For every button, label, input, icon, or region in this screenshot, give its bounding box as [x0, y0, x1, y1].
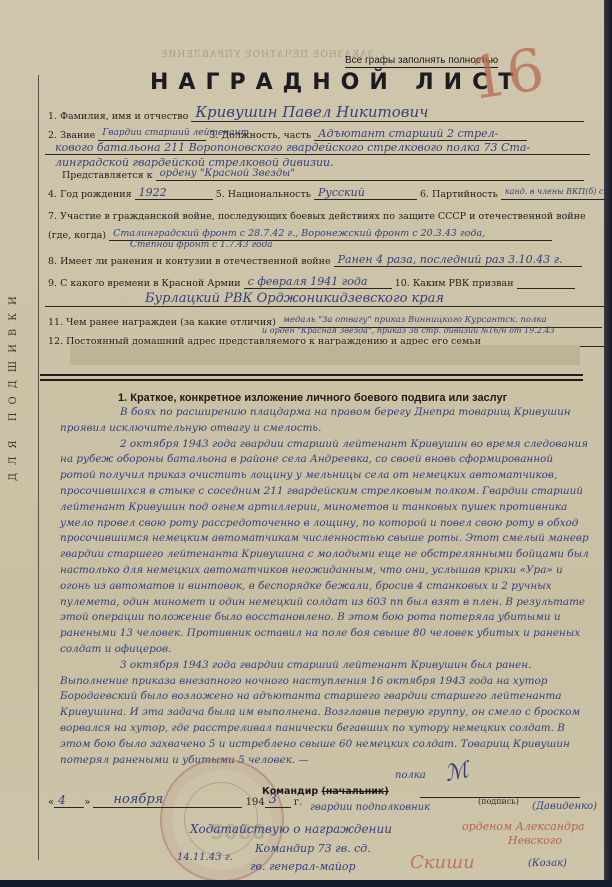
endorsement-commander: Командир 73 гв. сд. [255, 842, 371, 855]
field-label: 8. Имеет ли ранения и контузии в отечест… [48, 256, 331, 267]
rvk-blank [517, 276, 575, 289]
field-full-name: 1. Фамилия, имя и отчество Кривушин Паве… [48, 103, 584, 122]
date-year-suffix: 3 [265, 792, 291, 808]
endorsement-rank: гв. генерал-майор [250, 860, 356, 873]
page-title: НАГРАДНОЙ ЛИСТ [150, 70, 523, 95]
wounds-value: Ранен 4 раза, последний раз 3.10.43 г. [334, 253, 582, 267]
nationality-value: Русский [314, 186, 417, 200]
commander-signature: ℳ [443, 758, 471, 787]
red-pencil-mark: 16 [466, 35, 549, 113]
narrative-paragraph: В боях по расширению плацдарма на правом… [60, 405, 590, 437]
date-year-prefix: 194 [246, 797, 265, 808]
narrative-paragraph: 2 октября 1943 года гвардии старший лейт… [60, 437, 590, 658]
field-war-participation: 7. Участие в гражданской войне, последую… [48, 211, 586, 222]
commander-name: (Давиденко) [532, 801, 597, 812]
field-rank-position: 2. Звание Гвардии старший лейтенант 3. Д… [48, 127, 527, 141]
field-birth-nationality-party: 4. Год рождения 1922 5. Национальность Р… [48, 186, 604, 200]
date-suffix: г. [294, 797, 302, 808]
presented-for-value: ордену "Красной Звезды" [156, 168, 584, 181]
endorsement-red-note-1: орденом Александра [462, 820, 585, 833]
rank-value: Гвардии старший лейтенант [98, 128, 206, 141]
full-name-value: Кривушин Павел Никитович [191, 103, 584, 122]
field-label: 2. Звание [48, 130, 95, 141]
commander-unit-note: полка [395, 770, 426, 781]
field-label: (где, когда) [48, 230, 106, 241]
section-divider [40, 379, 583, 381]
position-value-line2: кового батальона 211 Воропоновского гвар… [45, 141, 590, 155]
field-label: 5. Национальность [216, 189, 311, 200]
rvk-value: Бурлацкий РВК Орджоникидзевского края [45, 291, 612, 307]
endorsement-text: Ходатайствую о награждении [190, 822, 392, 836]
endorsement-signature: Скиши [410, 852, 475, 873]
field-war-participation-cont: (где, когда) Сталинградский фронт с 28.7… [48, 228, 552, 241]
section-divider [40, 374, 583, 376]
field-label: 3. Должность, часть [209, 130, 311, 141]
narrative-paragraph: 3 октября 1943 года гвардии старший лейт… [60, 658, 590, 769]
document-date: «4» ноября 1943 г. [48, 792, 302, 808]
endorsement-red-note-2: Невского [508, 834, 562, 847]
field-label: 1. Фамилия, имя и отчество [48, 111, 188, 122]
field-label: 9. С какого времени в Красной Армии [48, 278, 241, 289]
scan-edge-bottom [0, 880, 612, 887]
army-since-value: с февраля 1941 года [244, 275, 392, 289]
field-label: 11. Чем ранее награжден (за какие отличи… [48, 317, 276, 328]
endorsement-name: (Козак) [528, 858, 567, 869]
section-title-feat: 1. Краткое, конкретное изложение личного… [118, 392, 507, 404]
scan-edge-right [604, 0, 612, 887]
field-label: 4. Год рождения [48, 189, 132, 200]
field-label: 7. Участие в гражданской войне, последую… [48, 211, 586, 222]
redacted-address-area [70, 345, 580, 365]
date-day: 4 [54, 793, 84, 808]
field-label: Представляется к [62, 170, 153, 181]
field-presented-for: Представляется к ордену "Красной Звезды" [62, 168, 584, 181]
endorsement-date: 14.11.43 г. [177, 852, 233, 863]
war-participation-line2: Степной фронт с 1.7.43 года [130, 240, 273, 250]
party-value: канд. в члены ВКП(б) с 1942 г. [501, 187, 604, 200]
commander-rank: гвардии подполковник [310, 802, 430, 813]
binding-margin-line [38, 75, 39, 860]
filing-margin-label: ДЛЯ ПОДШИВКИ [8, 270, 32, 500]
field-label: 6. Партийность [420, 189, 498, 200]
award-sheet-page: ЗАКАЗНОЕ ПЕЧАТНОЕ УПРАВЛЕНИЕ Все графы з… [0, 0, 604, 880]
date-month: ноября [93, 792, 242, 808]
field-army-since-rvk: 9. С какого времени в Красной Армии с фе… [48, 275, 575, 289]
birth-year-value: 1922 [135, 186, 213, 200]
position-value-line1: Адъютант старший 2 стрел- [314, 127, 527, 141]
field-wounds: 8. Имеет ли ранения и контузии в отечест… [48, 253, 582, 267]
field-label: 10. Каким РВК призван [395, 278, 514, 289]
commander-label-struck: (начальник) [321, 786, 388, 797]
feat-narrative: В боях по расширению плацдарма на правом… [60, 405, 590, 768]
signature-caption: (подпись) [478, 797, 519, 806]
ghost-print-text: ЗАКАЗНОЕ ПЕЧАТНОЕ УПРАВЛЕНИЕ [160, 50, 374, 60]
